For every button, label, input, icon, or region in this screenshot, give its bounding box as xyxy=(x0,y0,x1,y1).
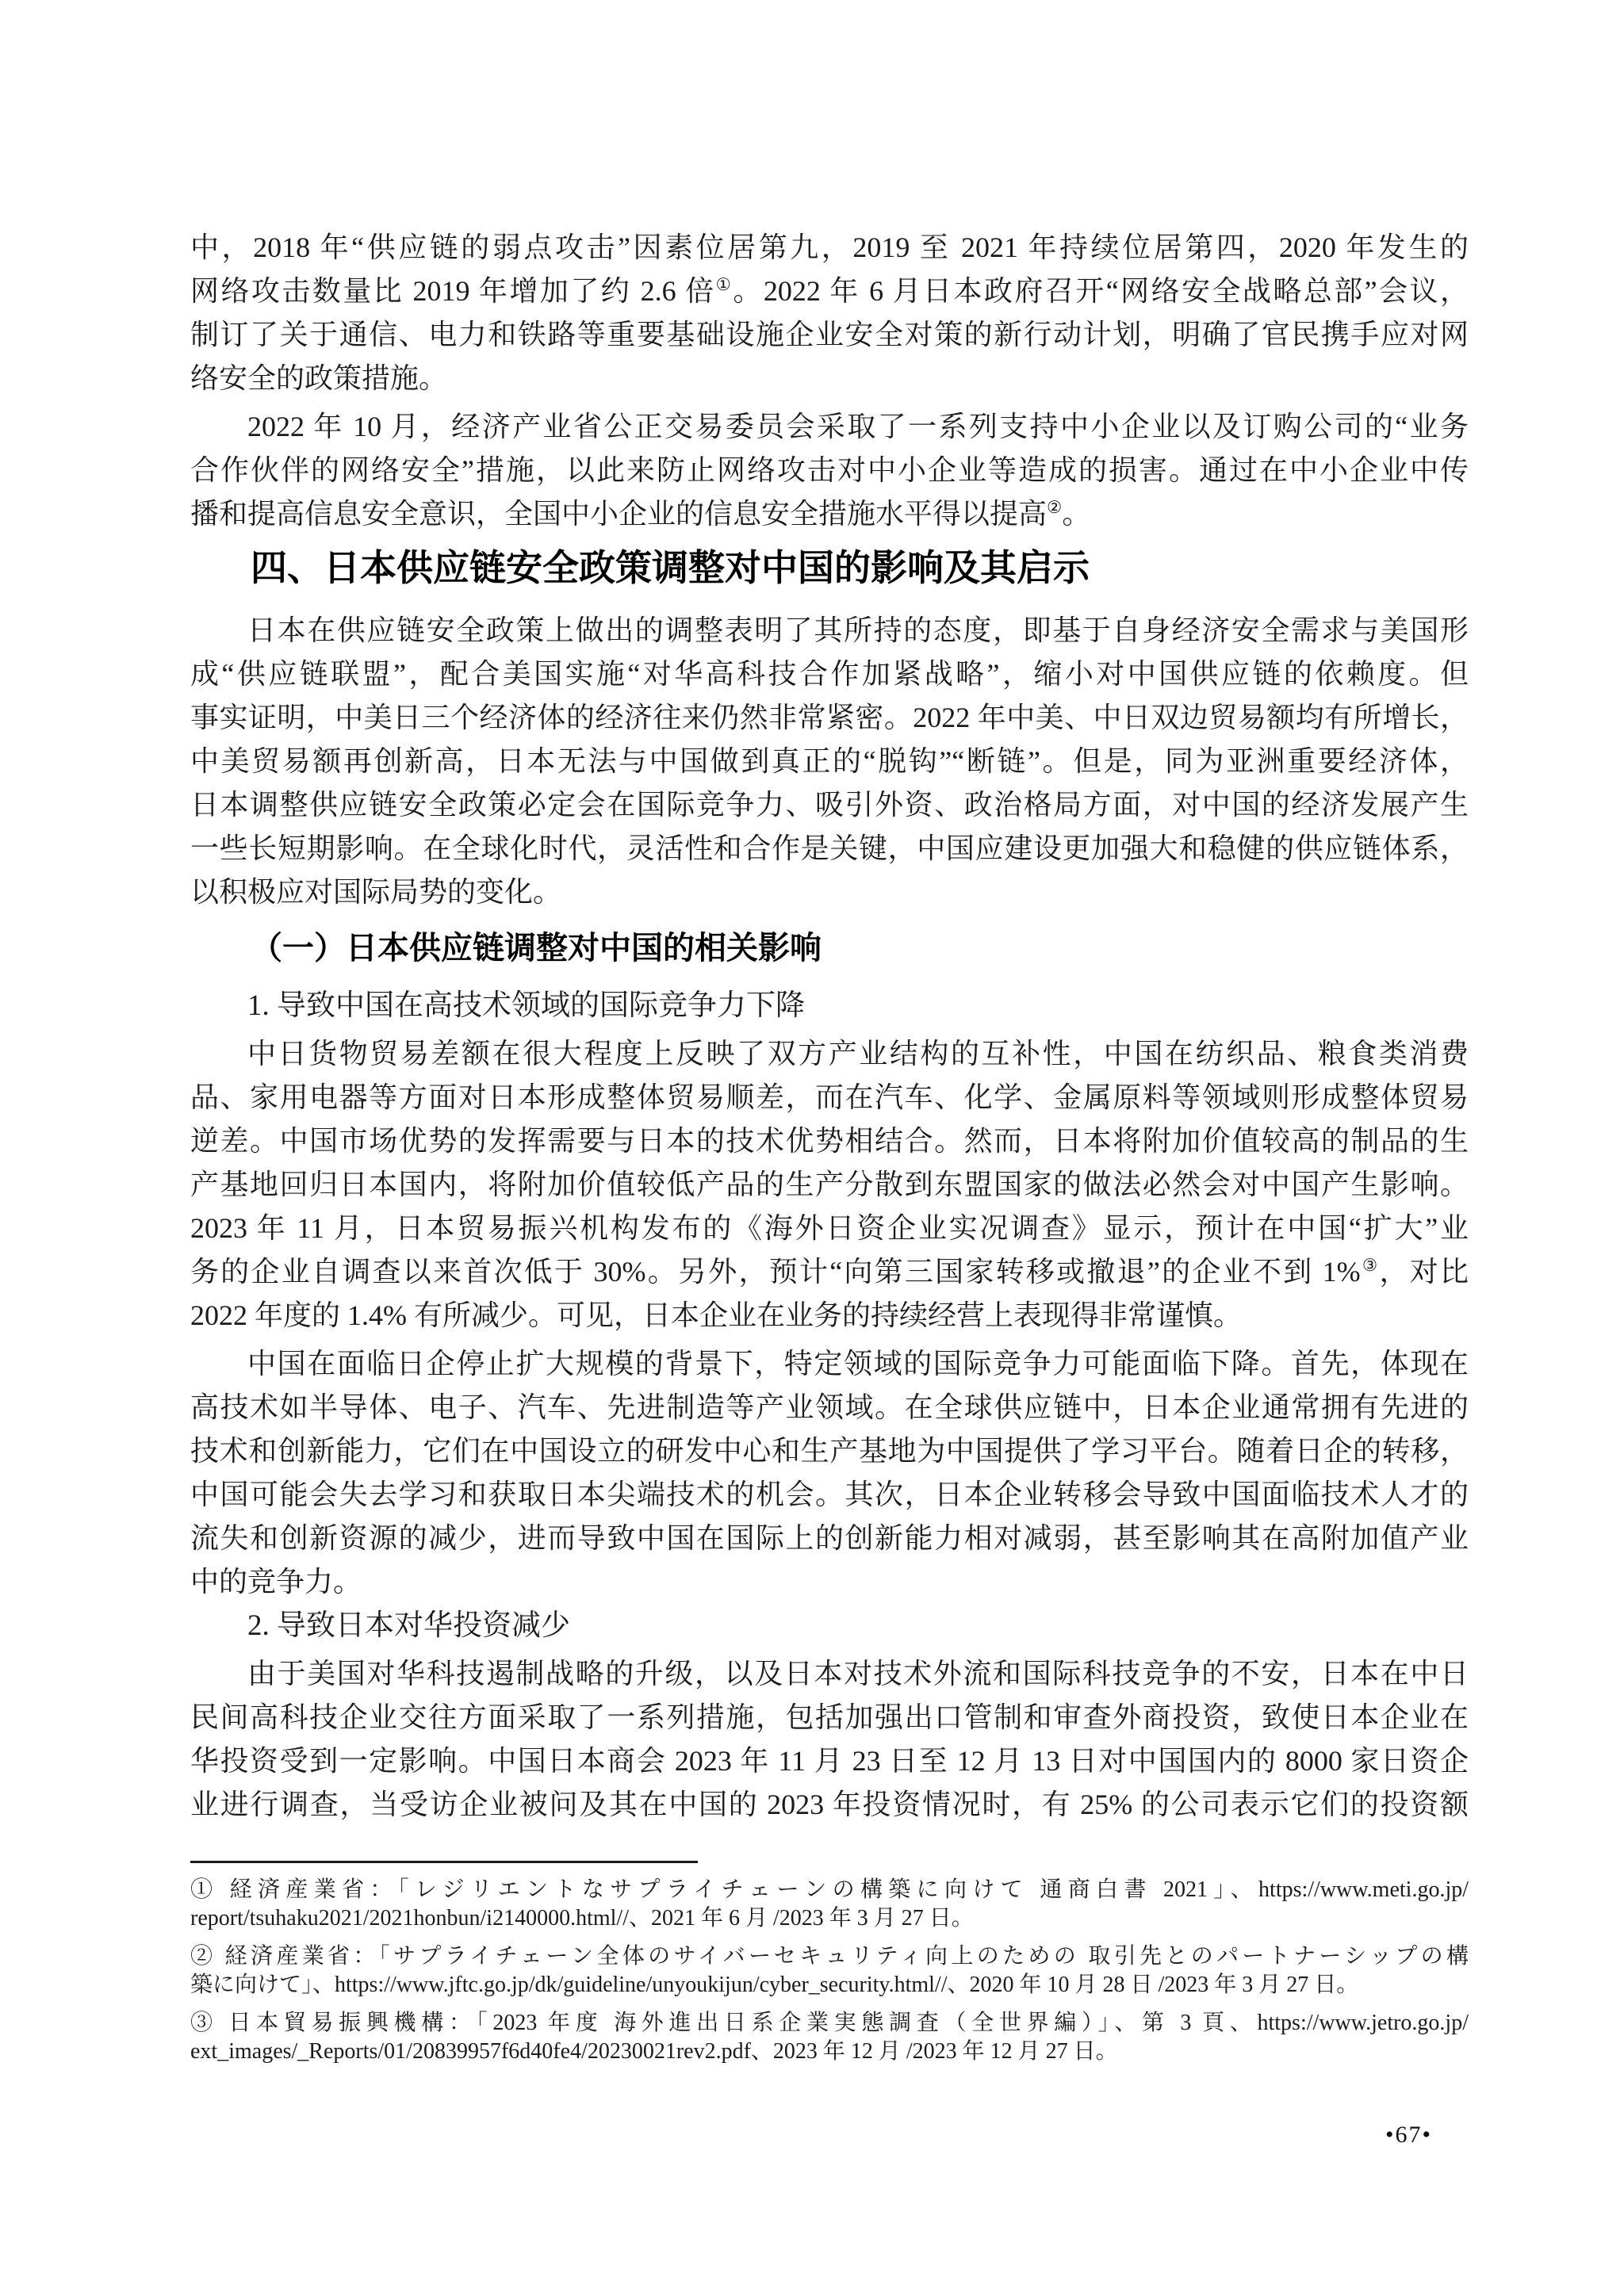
paragraph: 日本在供应链安全政策上做出的调整表明了其所持的态度，即基于自身经济安全需求与美国… xyxy=(190,609,1469,914)
text-line: 中的竞争力。 xyxy=(190,1560,1469,1604)
text-line: 高技术如半导体、电子、汽车、先进制造等产业领域。在全球供应链中，日本企业通常拥有… xyxy=(190,1386,1469,1429)
footnote-line: report/tsuhaku2021/2021honbun/i2140000.h… xyxy=(190,1904,1469,1933)
section-heading3: 2. 导致日本对华投资减少 xyxy=(190,1604,1469,1647)
text-line: 日本调整供应链安全政策必定会在国际竞争力、吸引外资、政治格局方面，对中国的经济发… xyxy=(190,783,1469,827)
paragraph: 中日货物贸易差额在很大程度上反映了双方产业结构的互补性，中国在纺织品、粮食类消费… xyxy=(190,1032,1469,1337)
section-heading3: 1. 导致中国在高技术领域的国际竞争力下降 xyxy=(190,984,1469,1027)
article-body: 中，2018 年“供应链的弱点攻击”因素位居第九，2019 至 2021 年持续… xyxy=(190,226,1469,1827)
paragraph: 由于美国对华科技遏制战略的升级，以及日本对技术外流和国际科技竞争的不安，日本在中… xyxy=(190,1652,1469,1827)
footnote-separator xyxy=(190,1861,698,1863)
text-line: 网络攻击数量比 2019 年增加了约 2.6 倍①。2022 年 6 月日本政府… xyxy=(190,270,1469,313)
text-line: 制订了关于通信、电力和铁路等重要基础设施企业安全对策的新行动计划，明确了官民携手… xyxy=(190,313,1469,357)
text-line: 中，2018 年“供应链的弱点攻击”因素位居第九，2019 至 2021 年持续… xyxy=(190,226,1469,270)
footnote-line: ② 経済産業省：「サプライチェーン全体のサイバーセキュリティ向上のための 取引先… xyxy=(190,1942,1469,1971)
text-line: 成“供应链联盟”，配合美国实施“对华高科技合作加紧战略”，缩小对中国供应链的依赖… xyxy=(190,652,1469,696)
text-line: 日本在供应链安全政策上做出的调整表明了其所持的态度，即基于自身经济安全需求与美国… xyxy=(190,609,1469,652)
footnote-line: ③ 日本貿易振興機構：「2023 年度 海外進出日系企業実態調査（全世界編）」、… xyxy=(190,2009,1469,2038)
text-line: 2022 年度的 1.4% 有所减少。可见，日本企业在业务的持续经营上表现得非常… xyxy=(190,1294,1469,1337)
text-column: 中，2018 年“供应链的弱点攻击”因素位居第九，2019 至 2021 年持续… xyxy=(190,226,1469,2066)
footnote-list: ① 経済産業省：「レジリエントなサプライチェーンの構築に向けて 通商白書 202… xyxy=(190,1876,1469,2066)
text-line: 2022 年 10 月，经济产业省公正交易委员会采取了一系列支持中小企业以及订购… xyxy=(190,405,1469,449)
text-line: 产基地回归日本国内，将附加价值较低产品的生产分散到东盟国家的做法必然会对中国产生… xyxy=(190,1163,1469,1207)
text-line: 中日货物贸易差额在很大程度上反映了双方产业结构的互补性，中国在纺织品、粮食类消费 xyxy=(190,1032,1469,1076)
text-line: 中国在面临日企停止扩大规模的背景下，特定领域的国际竞争力可能面临下降。首先，体现… xyxy=(190,1342,1469,1386)
paragraph: 中，2018 年“供应链的弱点攻击”因素位居第九，2019 至 2021 年持续… xyxy=(190,226,1469,400)
section-heading1: 四、日本供应链安全政策调整对中国的影响及其启示 xyxy=(190,544,1469,591)
footnote: ③ 日本貿易振興機構：「2023 年度 海外進出日系企業実態調査（全世界編）」、… xyxy=(190,2009,1469,2066)
footnote-line: ext_images/_Reports/01/20839957f6d40fe4/… xyxy=(190,2038,1469,2066)
document-page: 中，2018 年“供应链的弱点攻击”因素位居第九，2019 至 2021 年持续… xyxy=(0,0,1624,2296)
paragraph: 2022 年 10 月，经济产业省公正交易委员会采取了一系列支持中小企业以及订购… xyxy=(190,405,1469,536)
text-line: 合作伙伴的网络安全”措施，以此来防止网络攻击对中小企业等造成的损害。通过在中小企… xyxy=(190,449,1469,492)
text-line: 一些长短期影响。在全球化时代，灵活性和合作是关键，中国应建设更加强大和稳健的供应… xyxy=(190,827,1469,871)
footnotes-section: ① 経済産業省：「レジリエントなサプライチェーンの構築に向けて 通商白書 202… xyxy=(190,1861,1469,2066)
footnote-line: ① 経済産業省：「レジリエントなサプライチェーンの構築に向けて 通商白書 202… xyxy=(190,1876,1469,1904)
text-line: 民间高科技企业交往方面采取了一系列措施，包括加强出口管制和审查外商投资，致使日本… xyxy=(190,1696,1469,1739)
text-line: 华投资受到一定影响。中国日本商会 2023 年 11 月 23 日至 12 月 … xyxy=(190,1739,1469,1783)
text-line: 技术和创新能力，它们在中国设立的研发中心和生产基地为中国提供了学习平台。随着日企… xyxy=(190,1429,1469,1473)
footnote: ② 経済産業省：「サプライチェーン全体のサイバーセキュリティ向上のための 取引先… xyxy=(190,1942,1469,1999)
text-line: 中美贸易额再创新高，日本无法与中国做到真正的“脱钩”“断链”。但是，同为亚洲重要… xyxy=(190,740,1469,783)
text-line: 2023 年 11 月，日本贸易振兴机构发布的《海外日资企业实况调查》显示，预计… xyxy=(190,1207,1469,1250)
text-line: 络安全的政策措施。 xyxy=(190,357,1469,400)
text-line: 务的企业自调查以来首次低于 30%。另外，预计“向第三国家转移或撤退”的企业不到… xyxy=(190,1250,1469,1294)
page-number: •67• xyxy=(190,2122,1469,2149)
section-heading2: （一）日本供应链调整对中国的相关影响 xyxy=(190,925,1469,971)
text-line: 品、家用电器等方面对日本形成整体贸易顺差，而在汽车、化学、金属原料等领域则形成整… xyxy=(190,1076,1469,1119)
footnote-line: 築に向けて」、https://www.jftc.go.jp/dk/guideli… xyxy=(190,1971,1469,1999)
text-line: 中国可能会失去学习和获取日本尖端技术的机会。其次，日本企业转移会导致中国面临技术… xyxy=(190,1473,1469,1517)
text-line: 以积极应对国际局势的变化。 xyxy=(190,871,1469,914)
text-line: 业进行调查，当受访企业被问及其在中国的 2023 年投资情况时，有 25% 的公… xyxy=(190,1783,1469,1827)
paragraph: 中国在面临日企停止扩大规模的背景下，特定领域的国际竞争力可能面临下降。首先，体现… xyxy=(190,1342,1469,1604)
text-line: 逆差。中国市场优势的发挥需要与日本的技术优势相结合。然而，日本将附加价值较高的制… xyxy=(190,1119,1469,1163)
text-line: 流失和创新资源的减少，进而导致中国在国际上的创新能力相对减弱，甚至影响其在高附加… xyxy=(190,1517,1469,1560)
footnote: ① 経済産業省：「レジリエントなサプライチェーンの構築に向けて 通商白書 202… xyxy=(190,1876,1469,1933)
text-line: 播和提高信息安全意识，全国中小企业的信息安全措施水平得以提高②。 xyxy=(190,492,1469,536)
text-line: 事实证明，中美日三个经济体的经济往来仍然非常紧密。2022 年中美、中日双边贸易… xyxy=(190,696,1469,740)
text-line: 由于美国对华科技遏制战略的升级，以及日本对技术外流和国际科技竞争的不安，日本在中… xyxy=(190,1652,1469,1696)
